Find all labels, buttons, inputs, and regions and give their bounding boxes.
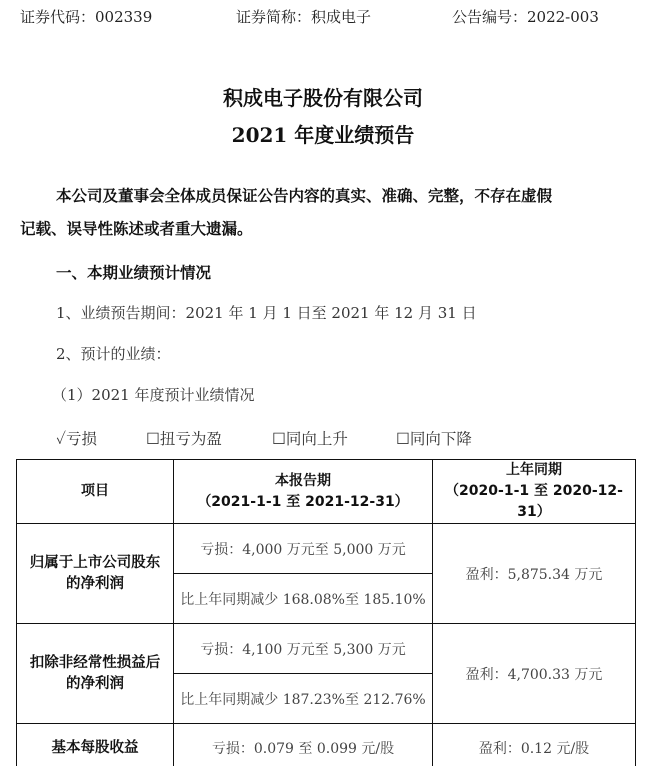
section-heading: 一、本期业绩预计情况 — [56, 261, 211, 283]
document-title: 2021 年度业绩预告 — [0, 119, 646, 148]
net-profit-prior: 盈利：5,875.34 万元 — [433, 524, 636, 624]
header-current-period: 本报告期 （2021-1-1 至 2021-12-31） — [174, 460, 433, 524]
checkbox-increase: ☐同向上升 — [272, 427, 348, 449]
results-table: 项目 本报告期 （2021-1-1 至 2021-12-31） 上年同期 （20… — [16, 459, 636, 766]
table-row: 基本每股收益 亏损：0.079 至 0.099 元/股 盈利：0.12 元/股 — [17, 724, 636, 766]
company-title: 积成电子股份有限公司 — [0, 82, 646, 111]
adjusted-profit-current-amount: 亏损：4,100 万元至 5,300 万元 — [174, 624, 433, 674]
checkbox-loss: ✓亏损 — [56, 427, 97, 449]
row-label-adjusted-net-profit: 扣除非经常性损益后 的净利润 — [17, 624, 174, 724]
table-row: 归属于上市公司股东 的净利润 亏损：4,000 万元至 5,000 万元 盈利：… — [17, 524, 636, 574]
stock-code: 证券代码：002339 — [20, 6, 152, 27]
header-item: 项目 — [17, 460, 174, 524]
net-profit-current-amount: 亏损：4,000 万元至 5,000 万元 — [174, 524, 433, 574]
table-row: 扣除非经常性损益后 的净利润 亏损：4,100 万元至 5,300 万元 盈利：… — [17, 624, 636, 674]
forecast-period: 1、业绩预告期间：2021 年 1 月 1 日至 2021 年 12 月 31 … — [56, 302, 477, 323]
statement-line-2: 记载、误导性陈述或者重大遗漏。 — [20, 217, 253, 239]
checkbox-turnaround: ☐扭亏为盈 — [146, 427, 222, 449]
notice-number: 公告编号：2022-003 — [452, 6, 599, 27]
table-header-row: 项目 本报告期 （2021-1-1 至 2021-12-31） 上年同期 （20… — [17, 460, 636, 524]
annual-forecast-subheading: （1）2021 年度预计业绩情况 — [52, 384, 255, 405]
eps-current: 亏损：0.079 至 0.099 元/股 — [174, 724, 433, 766]
expected-results-label: 2、预计的业绩： — [56, 343, 171, 364]
checkbox-decrease: ☐同向下降 — [396, 427, 472, 449]
row-label-net-profit: 归属于上市公司股东 的净利润 — [17, 524, 174, 624]
stock-short-name: 证券简称：积成电子 — [236, 6, 371, 27]
eps-prior: 盈利：0.12 元/股 — [433, 724, 636, 766]
statement-line-1: 本公司及董事会全体成员保证公告内容的真实、准确、完整，不存在虚假 — [56, 184, 552, 206]
row-label-eps: 基本每股收益 — [17, 724, 174, 766]
adjusted-profit-prior: 盈利：4,700.33 万元 — [433, 624, 636, 724]
header-prior-period: 上年同期 （2020-1-1 至 2020-12-31） — [433, 460, 636, 524]
adjusted-profit-current-change: 比上年同期减少 187.23%至 212.76% — [174, 674, 433, 724]
net-profit-current-change: 比上年同期减少 168.08%至 185.10% — [174, 574, 433, 624]
